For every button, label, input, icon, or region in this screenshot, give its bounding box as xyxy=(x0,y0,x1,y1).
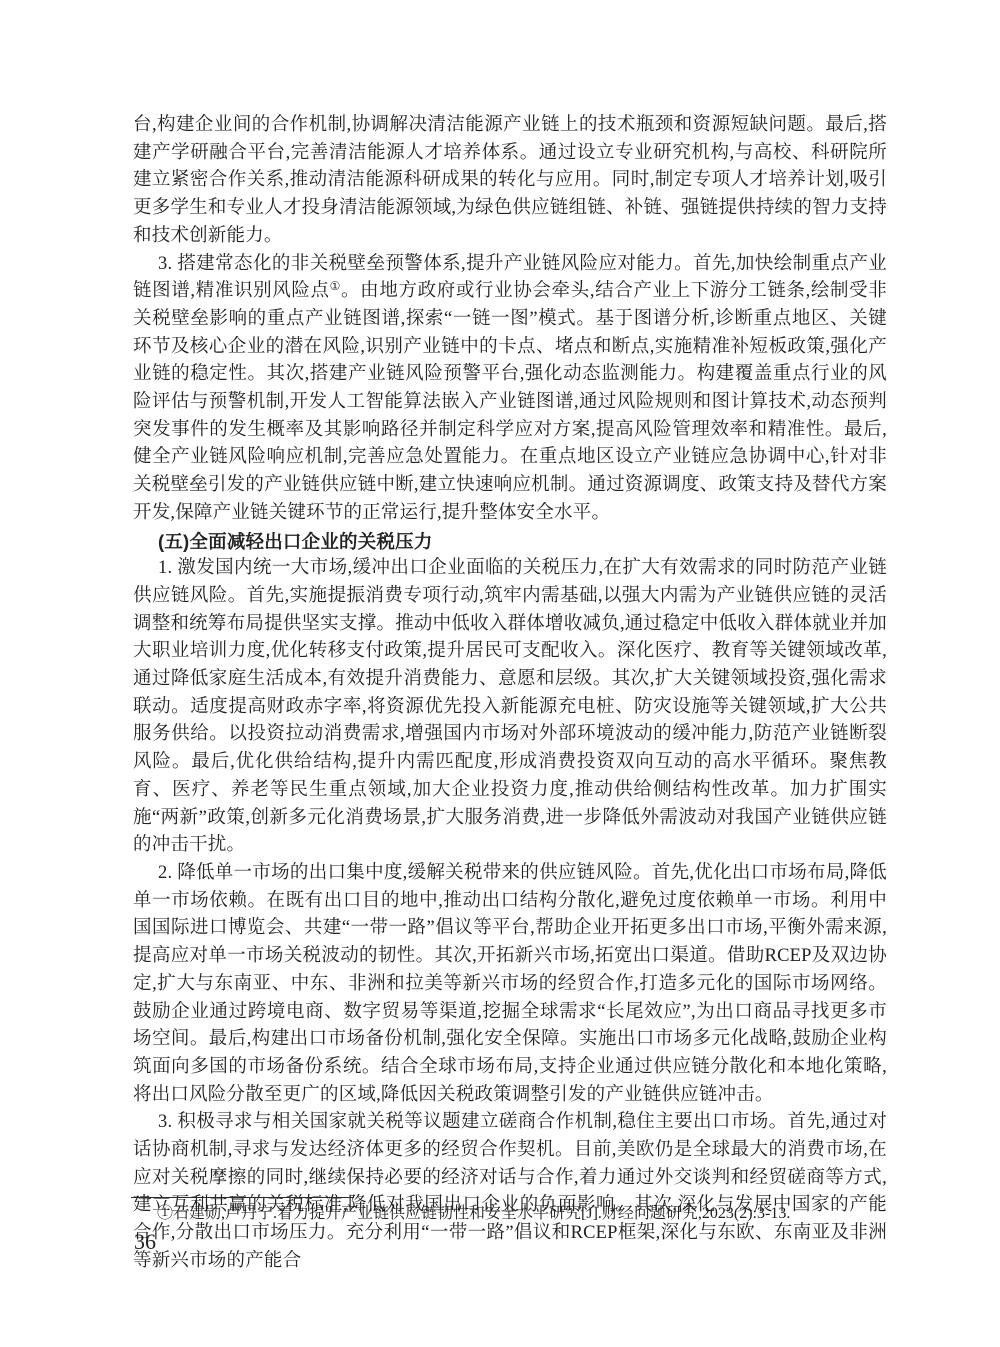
footnote-marker: ① xyxy=(157,1205,173,1222)
footnote-separator xyxy=(131,1197,354,1198)
paragraph-sec5-point2-export-diversification: 2. 降低单一市场的出口集中度,缓解关税带来的供应链风险。首先,优化出口市场布局… xyxy=(133,860,887,1109)
section-heading-five: (五)全面减轻出口企业的关税压力 xyxy=(133,528,887,556)
page-body: 台,构建企业间的合作机制,协调解决清洁能源产业链上的技术瓶颈和资源短缺问题。最后… xyxy=(133,112,887,1276)
paragraph-clean-energy-continuation: 台,构建企业间的合作机制,协调解决清洁能源产业链上的技术瓶颈和资源短缺问题。最后… xyxy=(133,112,887,251)
paragraph-point3-text-after-ref: 。由地方政府或行业协会牵头,结合产业上下游分工链条,绘制受非关税壁垒影响的重点产… xyxy=(133,281,887,523)
paragraph-point3-nontariff-warning: 3. 搭建常态化的非关税壁垒预警体系,提升产业链风险应对能力。首先,加快绘制重点… xyxy=(133,251,887,528)
footnote-ref-marker: ① xyxy=(330,279,341,293)
paragraph-sec5-point3-consultation-mechanism: 3. 积极寻求与相关国家就关税等议题建立磋商合作机制,稳住主要出口市场。首先,通… xyxy=(133,1109,887,1275)
paragraph-sec5-point1-domestic-market: 1. 激发国内统一大市场,缓冲出口企业面临的关税压力,在扩大有效需求的同时防范产… xyxy=(133,555,887,860)
footnote: ①石建勋,卢丹宁.着力提升产业链供应链韧性和安全水平研究[J].财经问题研究,2… xyxy=(133,1203,887,1225)
page-number: 36 xyxy=(134,1229,156,1255)
document-page: 台,构建企业间的合作机制,协调解决清洁能源产业链上的技术瓶颈和资源短缺问题。最后… xyxy=(0,0,1000,1347)
footnote-text: 石建勋,卢丹宁.着力提升产业链供应链韧性和安全水平研究[J].财经问题研究,20… xyxy=(173,1205,790,1222)
